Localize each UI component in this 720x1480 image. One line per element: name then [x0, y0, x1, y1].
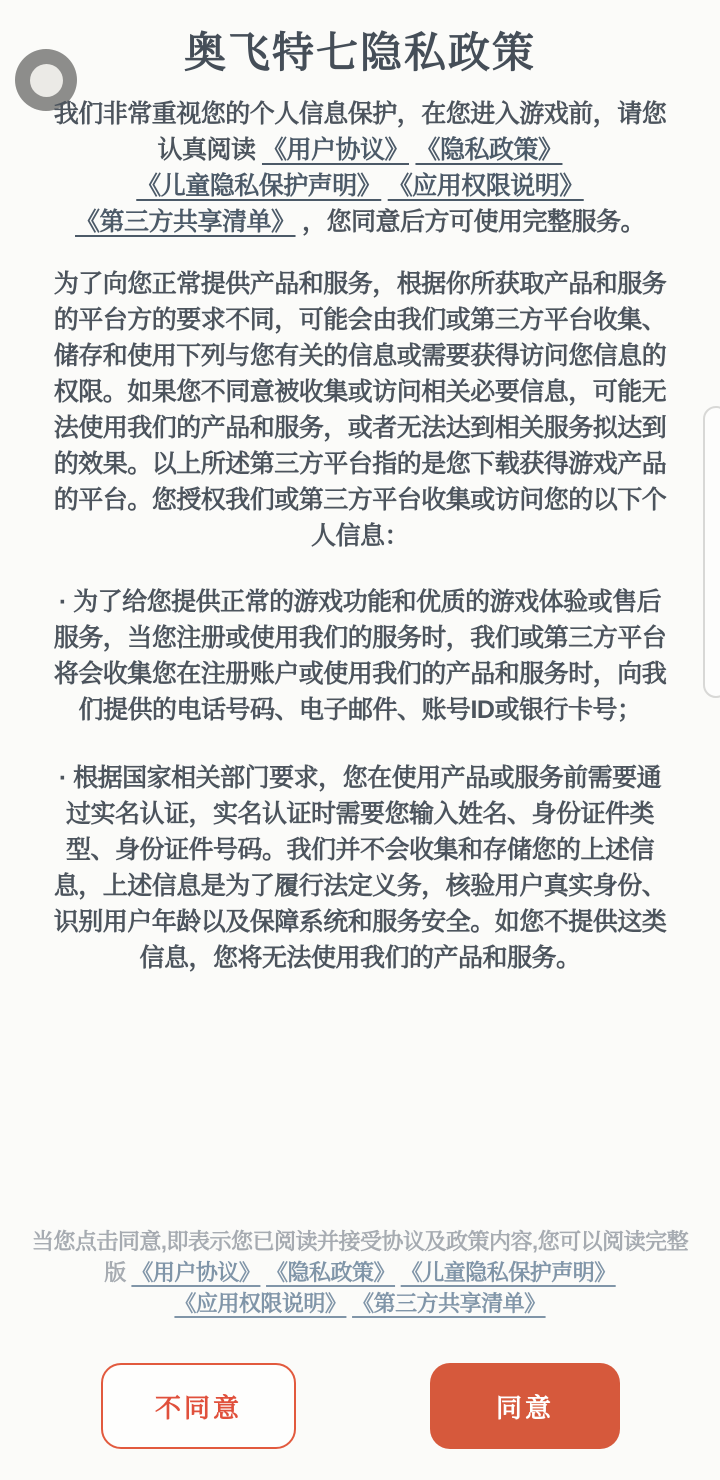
- footer-user-agreement-link[interactable]: 《用户协议》: [131, 1257, 260, 1288]
- footer-app-permissions-link[interactable]: 《应用权限说明》: [174, 1288, 346, 1319]
- edge-panel-handle[interactable]: [703, 406, 720, 698]
- footer-third-party-list-link[interactable]: 《第三方共享清单》: [352, 1288, 546, 1319]
- text-segment: · 根据国家相关部门要求，您在使用产品或服务前需要通过实名认证，实名认证时需要您…: [54, 764, 667, 972]
- page-title: 奥飞特七隐私政策: [0, 20, 720, 80]
- body-paragraph-account-info: · 为了给您提供正常的游戏功能和优质的游戏体验或售后服务，当您注册或使用我们的服…: [48, 584, 672, 728]
- text-segment: 为了向您正常提供产品和服务，根据你所获取产品和服务的平台方的要求不同，可能会由我…: [54, 270, 667, 550]
- text-segment: ，您同意后方可使用完整服务。: [296, 208, 645, 236]
- body-paragraph-realname-verification: · 根据国家相关部门要求，您在使用产品或服务前需要通过实名认证，实名认证时需要您…: [48, 760, 672, 976]
- footer-consent-note: 当您点击同意,即表示您已阅读并接受协议及政策内容,您可以阅读完整版 《用户协议》…: [30, 1226, 690, 1319]
- privacy-policy-screen: 奥飞特七隐私政策 我们非常重视您的个人信息保护，在您进入游戏前，请您认真阅读 《…: [0, 0, 720, 1480]
- third-party-list-link[interactable]: 《第三方共享清单》: [75, 204, 296, 240]
- agree-button[interactable]: 同意: [430, 1363, 620, 1449]
- app-permissions-link[interactable]: 《应用权限说明》: [388, 168, 584, 204]
- children-privacy-link[interactable]: 《儿童隐私保护声明》: [136, 168, 381, 204]
- user-agreement-link[interactable]: 《用户协议》: [262, 132, 409, 168]
- privacy-policy-link[interactable]: 《隐私政策》: [415, 132, 562, 168]
- text-segment: · 为了给您提供正常的游戏功能和优质的游戏体验或售后服务，当您注册或使用我们的服…: [54, 588, 667, 724]
- footer-children-privacy-link[interactable]: 《儿童隐私保护声明》: [401, 1257, 616, 1288]
- intro-paragraph: 我们非常重视您的个人信息保护，在您进入游戏前，请您认真阅读 《用户协议》 《隐私…: [48, 96, 672, 240]
- disagree-button[interactable]: 不同意: [101, 1363, 296, 1449]
- body-paragraph-collection-notice: 为了向您正常提供产品和服务，根据你所获取产品和服务的平台方的要求不同，可能会由我…: [48, 266, 672, 554]
- footer-privacy-policy-link[interactable]: 《隐私政策》: [266, 1257, 395, 1288]
